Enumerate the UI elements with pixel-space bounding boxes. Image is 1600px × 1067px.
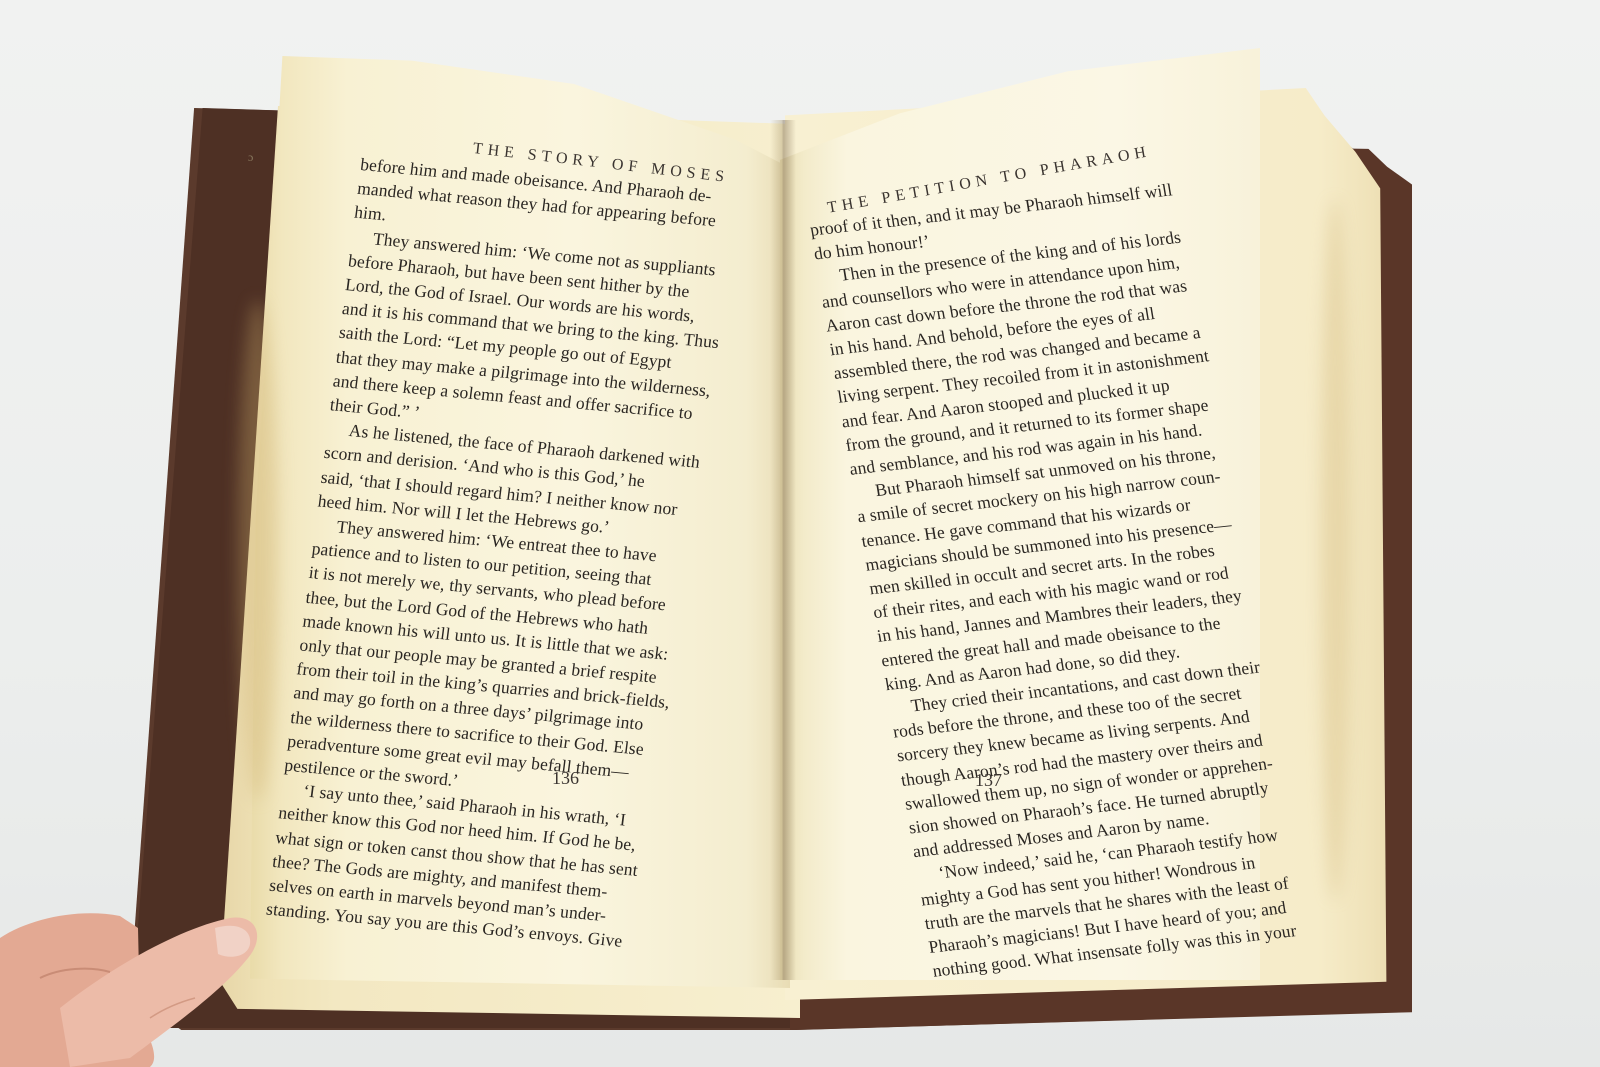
page-number-right: 137 bbox=[975, 770, 1002, 791]
pencil-mark: ɔ bbox=[248, 150, 253, 165]
hand-icon bbox=[0, 898, 260, 1067]
foxing-stain bbox=[238, 300, 278, 800]
photo-scene: ɔ THE STORY OF MOSES THE PETITION TO PHA… bbox=[0, 0, 1600, 1067]
foxing-stain bbox=[1320, 200, 1350, 900]
page-number-left: 136 bbox=[552, 768, 579, 789]
book-gutter bbox=[770, 120, 796, 980]
